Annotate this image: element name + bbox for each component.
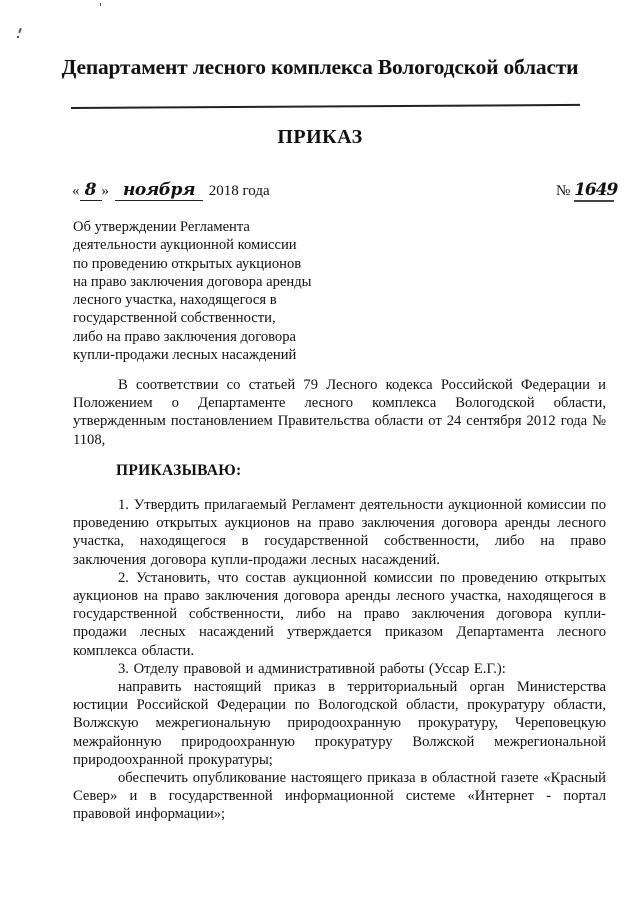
subject-line: на право заключения договора аренды <box>73 273 363 291</box>
date-year: 2018 года <box>209 183 270 199</box>
subject-line: деятельности аукционной комиссии <box>73 236 363 254</box>
preamble-paragraph: В соответствии со статьей 79 Лесного код… <box>73 376 606 449</box>
order-heading: ПРИКАЗЫВАЮ: <box>116 462 242 480</box>
document-subject: Об утверждении Регламента деятельности а… <box>73 218 363 364</box>
subject-line: государственной собственности, <box>73 309 363 327</box>
scan-artifact <box>100 3 101 6</box>
subject-line: лесного участка, находящегося в <box>73 291 363 309</box>
preamble: В соответствии со статьей 79 Лесного код… <box>73 376 606 449</box>
order-item-3: 3. Отделу правовой и административной ра… <box>73 660 606 678</box>
organization-title: Департамент лесного комплекса Вологодско… <box>0 55 640 80</box>
order-item-3-subitem-send: направить настоящий приказ в территориал… <box>73 678 606 769</box>
order-item-2: 2. Установить, что состав аукционной ком… <box>73 569 606 660</box>
order-item-1: 1. Утвердить прилагаемый Регламент деяте… <box>73 496 606 569</box>
scan-artifact <box>18 28 22 33</box>
number-prefix: № <box>556 183 570 199</box>
header-divider <box>71 104 580 109</box>
order-items: 1. Утвердить прилагаемый Регламент деяте… <box>73 496 606 824</box>
document-date: «8»ноября 2018 года <box>72 180 270 201</box>
document-number: № 1649 <box>556 180 614 202</box>
order-item-3-subitem-publish: обеспечить опубликование настоящего прик… <box>73 769 606 824</box>
date-close-quote: » <box>102 183 110 199</box>
number-handwritten: 1649 <box>574 180 614 202</box>
subject-line: по проведению открытых аукционов <box>73 255 363 273</box>
subject-line: Об утверждении Регламента <box>73 218 363 236</box>
scan-artifact <box>17 36 19 38</box>
date-day-handwritten: 8 <box>80 180 102 201</box>
subject-line: либо на право заключения договора <box>73 328 363 346</box>
date-open-quote: « <box>72 183 80 199</box>
date-month-handwritten: ноября <box>115 180 203 201</box>
document-type-heading: ПРИКАЗ <box>0 126 640 149</box>
subject-line: купли-продажи лесных насаждений <box>73 346 363 364</box>
